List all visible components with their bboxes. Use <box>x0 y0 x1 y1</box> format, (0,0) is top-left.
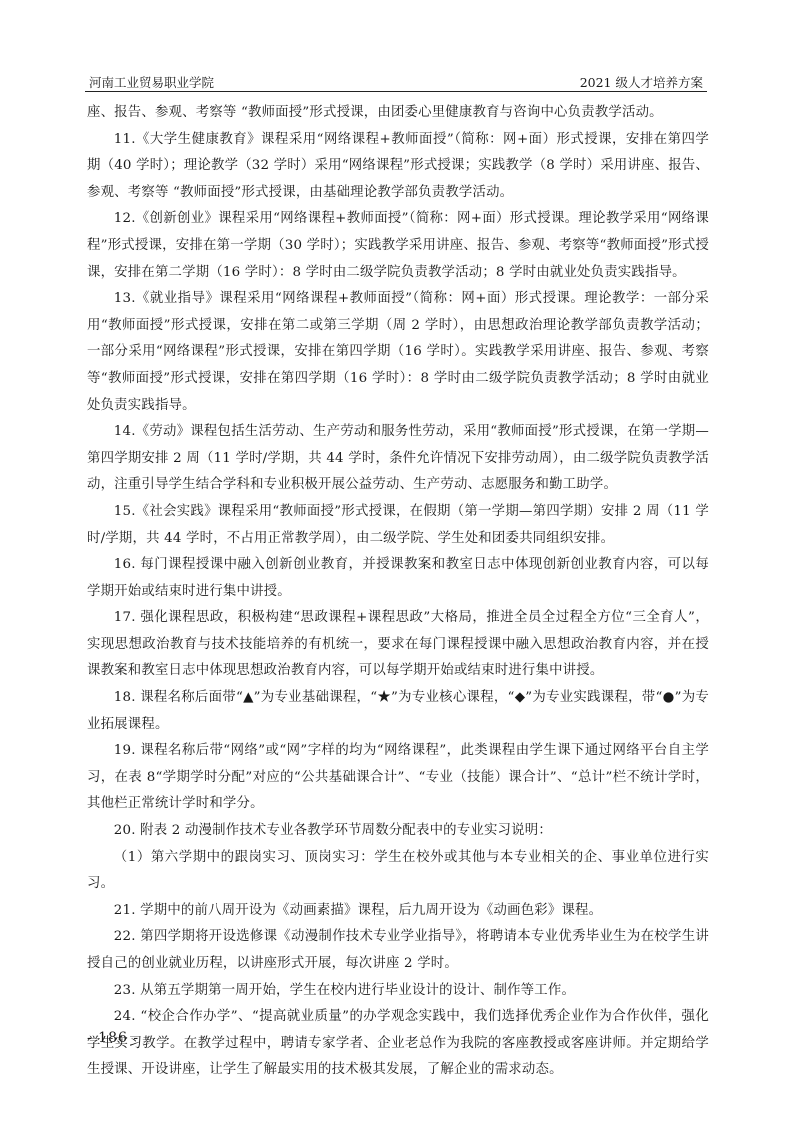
paragraph-item-11: 11.《大学生健康教育》课程采用“网络课程+教师面授”（简称：网+面）形式授课，… <box>87 127 709 207</box>
paragraph-item-18: 18. 课程名称后面带“▲”为专业基础课程，“★”为专业核心课程，“◆”为专业实… <box>87 685 709 738</box>
page-number: - 186 - <box>87 1030 139 1046</box>
paragraph-item-14: 14.《劳动》课程包括生活劳动、生产劳动和服务性劳动，采用“教师面授”形式授课，… <box>87 419 709 499</box>
paragraph-continuation: 座、报告、参观、考察等 “教师面授”形式授课，由团委心里健康教育与咨询中心负责教… <box>87 100 709 127</box>
paragraph-item-23: 23. 从第五学期第一周开始，学生在校内进行毕业设计的设计、制作等工作。 <box>87 978 709 1005</box>
page-header: 河南工业贸易职业学院 2021 级人才培养方案 <box>85 73 707 92</box>
document-body: 座、报告、参观、考察等 “教师面授”形式授课，由团委心里健康教育与咨询中心负责教… <box>87 100 709 1084</box>
paragraph-item-20: 20. 附表 2 动漫制作技术专业各教学环节周数分配表中的专业实习说明： <box>87 818 709 845</box>
paragraph-item-17: 17. 强化课程思政，积极构建“思政课程+课程思政”大格局，推进全员全过程全方位… <box>87 605 709 685</box>
paragraph-item-16: 16. 每门课程授课中融入创新创业教育，并授课教案和教室日志中体现创新创业教育内… <box>87 552 709 605</box>
header-institution: 河南工业贸易职业学院 <box>89 73 214 91</box>
paragraph-item-21: 21. 学期中的前八周开设为《动画素描》课程，后九周开设为《动画色彩》课程。 <box>87 898 709 925</box>
paragraph-item-13: 13.《就业指导》课程采用“网络课程+教师面授”（简称：网+面）形式授课。理论教… <box>87 286 709 419</box>
paragraph-item-12: 12.《创新创业》课程采用“网络课程+教师面授”（简称：网+面）形式授课。理论教… <box>87 206 709 286</box>
paragraph-item-19: 19. 课程名称后带“网络”或“网”字样的均为“网络课程”，此类课程由学生课下通… <box>87 738 709 818</box>
paragraph-item-20-1: （1）第六学期中的跟岗实习、顶岗实习：学生在校外或其他与本专业相关的企、事业单位… <box>87 845 709 898</box>
paragraph-item-24: 24. “校企合作办学”、“提高就业质量”的办学观念实践中，我们选择优秀企业作为… <box>87 1004 709 1084</box>
paragraph-item-15: 15.《社会实践》课程采用“教师面授”形式授课，在假期（第一学期—第四学期）安排… <box>87 499 709 552</box>
paragraph-item-22: 22. 第四学期将开设选修课《动漫制作技术专业学业指导》，将聘请本专业优秀毕业生… <box>87 924 709 977</box>
header-document-title: 2021 级人才培养方案 <box>580 73 703 91</box>
